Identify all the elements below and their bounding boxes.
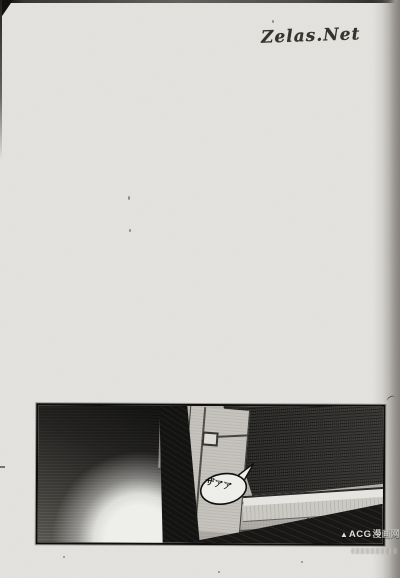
scan-edge-left (0, 0, 2, 160)
dust-speck (128, 196, 130, 200)
dust-speck (272, 20, 274, 23)
triangle-logo-icon: ▲ (340, 531, 348, 539)
dust-speck (129, 229, 131, 232)
manga-panel: ザアア (36, 403, 386, 546)
dark-room-shadow (38, 405, 164, 543)
dust-speck (218, 571, 220, 573)
scan-edge-top (0, 0, 400, 3)
watermark-cjk: 漫画网 (373, 527, 400, 540)
blurred-url-watermark (351, 548, 398, 554)
handwritten-credit: Zelas.Net (260, 24, 360, 47)
dust-speck (63, 556, 65, 558)
margin-mark (0, 466, 5, 468)
scanned-manga-page: Zelas.Net ザアア (0, 0, 400, 578)
site-watermark: ▲ ACG 漫画网 (340, 527, 400, 540)
watermark-latin: ACG (349, 529, 372, 540)
dust-speck (301, 561, 303, 563)
window-latch (202, 431, 219, 446)
